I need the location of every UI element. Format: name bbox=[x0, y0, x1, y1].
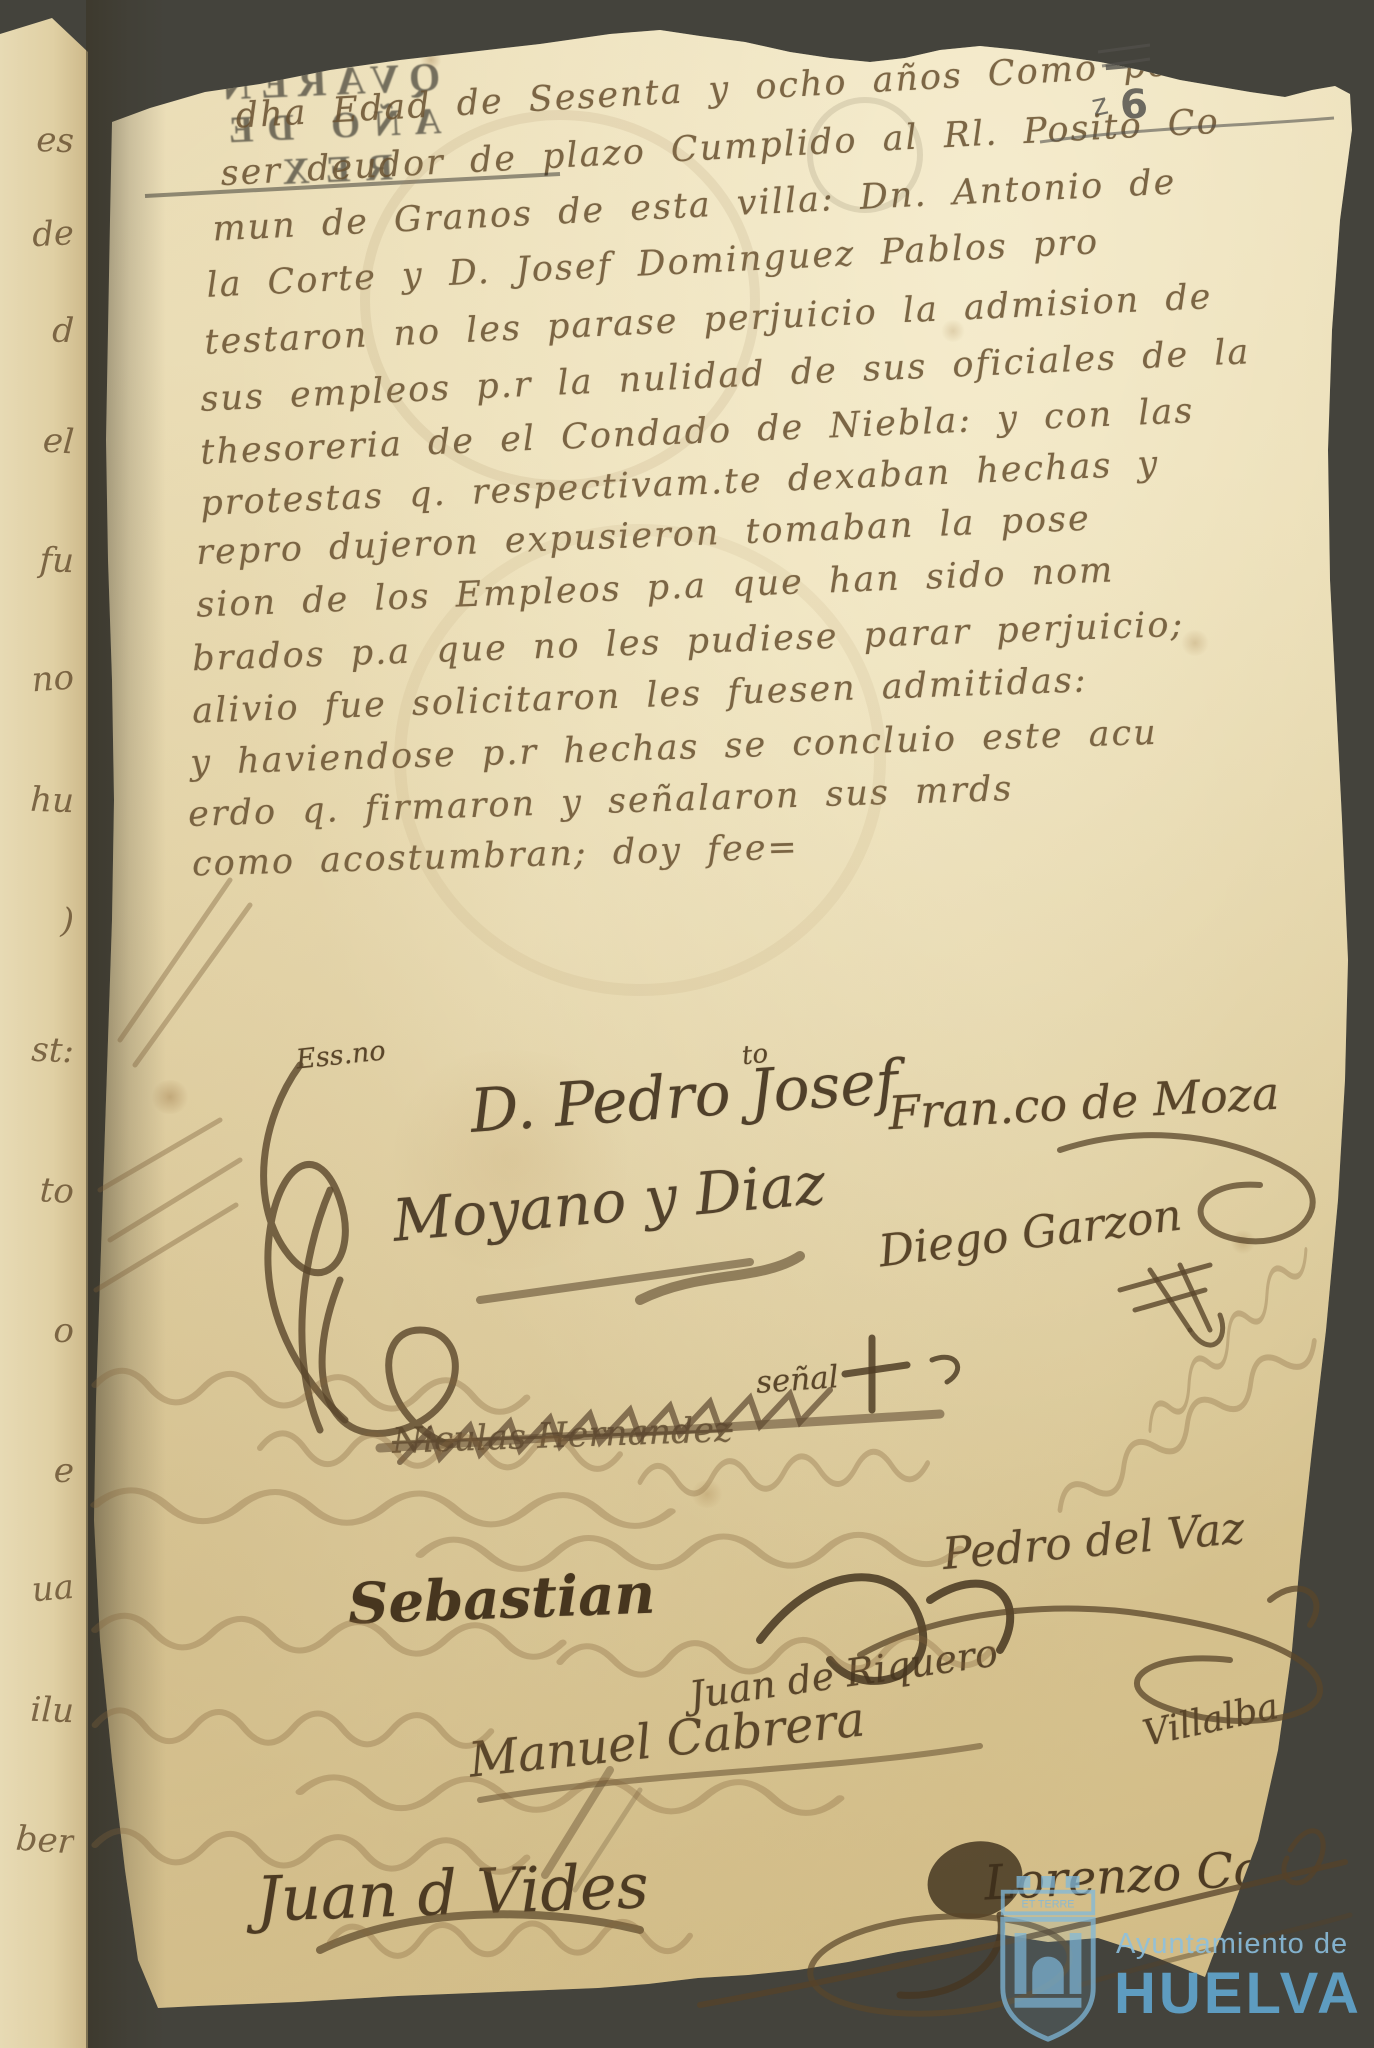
margin-fragment: o bbox=[0, 1309, 75, 1352]
margin-fragment: ber bbox=[0, 1817, 75, 1862]
signature-diego-garzon: Diego Garzon bbox=[876, 1190, 1184, 1278]
signature-juan-vides: Juan d Vides bbox=[255, 1849, 650, 1936]
signature-pedro-del-vaz: Pedro del Vaz bbox=[940, 1503, 1246, 1580]
signature-moyano-diaz: Moyano y Diaz bbox=[390, 1149, 828, 1255]
margin-fragment: ua bbox=[0, 1567, 76, 1613]
margin-fragment: ) bbox=[0, 899, 75, 942]
watermark-text-line1: Ayuntamiento de bbox=[1116, 1928, 1348, 1961]
foxing-stain bbox=[150, 1080, 190, 1114]
margin-fragment: to bbox=[0, 1168, 75, 1212]
signature-manuel: Manuel Cabrera bbox=[466, 1691, 867, 1788]
shield-arch bbox=[1032, 1957, 1063, 1994]
signature-sebastian: Sebastian bbox=[347, 1561, 656, 1638]
shield-motto: ET TERRE bbox=[1022, 1898, 1075, 1910]
shield-column bbox=[1070, 1933, 1082, 1994]
watermark-text-line2: HUELVA bbox=[1114, 1960, 1362, 2027]
signature-clerk-abbrev: Ess.no bbox=[295, 1035, 387, 1075]
shield-merlon bbox=[1017, 1876, 1031, 1888]
manuscript-page: QVAREN AÑO DE REX =528− z 6 dha Edad de … bbox=[0, 0, 1374, 2048]
margin-fragment: no bbox=[0, 657, 75, 702]
shield-base bbox=[1015, 1998, 1082, 2008]
margin-fragment: el bbox=[0, 417, 75, 462]
margin-fragment: e bbox=[0, 1449, 75, 1492]
foxing-stain bbox=[1230, 1230, 1256, 1254]
signature-villalba: Villalba bbox=[1139, 1686, 1282, 1755]
huelva-watermark: ET TERRE Ayuntamiento de HUELVA bbox=[988, 1876, 1368, 2048]
signature-struck-name: Niculas Hernandez bbox=[391, 1410, 733, 1462]
body-line: como acostumbran; doy fee= bbox=[192, 828, 800, 885]
photo-backdrop: es de d el fu no hu ) st: to o e ua ilu … bbox=[0, 0, 1374, 2048]
margin-fragment: st: bbox=[0, 1029, 75, 1072]
margin-fragment: es bbox=[0, 119, 75, 162]
margin-fragment: de bbox=[0, 213, 75, 257]
signature-francisco-moza: Fran.co de Moza bbox=[887, 1066, 1281, 1140]
senal-label: señal bbox=[755, 1359, 840, 1401]
margin-fragment: ilu bbox=[0, 1689, 75, 1732]
adjacent-page-edge: es de d el fu no hu ) st: to o e ua ilu … bbox=[0, 0, 88, 2048]
margin-fragment: fu bbox=[0, 539, 75, 582]
margin-fragment: d bbox=[0, 309, 75, 352]
foxing-stain bbox=[690, 1480, 724, 1508]
shield-column bbox=[1015, 1933, 1027, 1994]
shield-merlon bbox=[1041, 1876, 1055, 1888]
margin-fragment: hu bbox=[0, 779, 75, 822]
huelva-shield-icon: ET TERRE bbox=[988, 1876, 1108, 2048]
signature-pedro-josef: D. Pedro Josef bbox=[468, 1047, 900, 1147]
shield-merlon bbox=[1066, 1876, 1080, 1888]
